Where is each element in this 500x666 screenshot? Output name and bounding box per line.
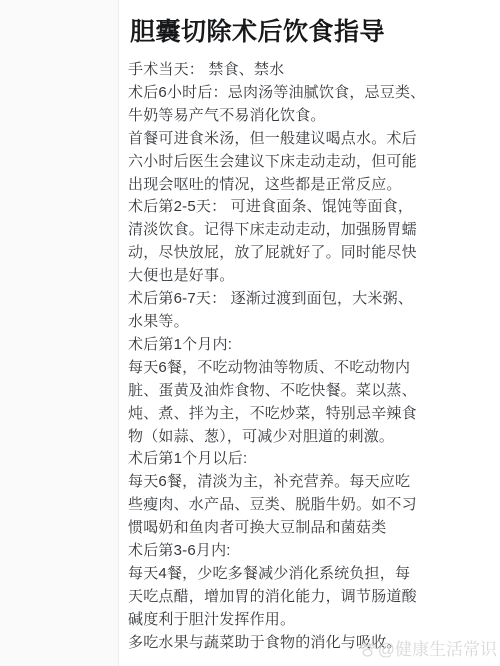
page-title: 胆囊切除术后饮食指导: [130, 14, 500, 50]
watermark-text: @健康生活常识: [378, 641, 497, 658]
text-line: 术后第3-6月内:: [128, 540, 384, 563]
text-line: 脏、蛋黄及油炸食物、不吃快餐。菜以蒸、: [128, 380, 384, 403]
text-line: 术后第1个月以后:: [128, 448, 384, 471]
text-line: 牛奶等易产气不易消化饮食。: [128, 105, 384, 128]
text-line: 些瘦肉、水产品、豆类、脱脂牛奶。如不习: [128, 494, 384, 517]
text-line: 每天6餐，清淡为主，补充营养。每天应吃: [128, 471, 384, 494]
text-line: 手术当天： 禁食、禁水: [128, 59, 384, 82]
text-line: 术后第2-5天： 可进食面条、馄饨等面食，: [128, 196, 384, 219]
text-line: 首餐可进食米汤，但一般建议喝点水。术后: [128, 128, 384, 151]
text-line: 多吃水果与蔬菜助于食物的消化与吸收。: [128, 632, 384, 655]
text-line: 术后第1个月内:: [128, 334, 384, 357]
text-line: 大便也是好事。: [128, 265, 384, 288]
text-line: 动，尽快放屁，放了屁就好了。同时能尽快: [128, 242, 384, 265]
article-body: 手术当天： 禁食、禁水术后6小时后：忌肉汤等油腻饮食，忌豆类、牛奶等易产气不易消…: [128, 59, 384, 655]
text-line: 物（如蒜、葱），可减少对胆道的刺激。: [128, 426, 384, 449]
text-line: 每天4餐，少吃多餐减少消化系统负担，每: [128, 563, 384, 586]
text-line: 碱度利于胆汁发挥作用。: [128, 609, 384, 632]
text-line: 术后6小时后：忌肉汤等油腻饮食，忌豆类、: [128, 82, 384, 105]
text-line: 惯喝奶和鱼肉者可换大豆制品和菌菇类: [128, 517, 384, 540]
text-line: 每天6餐，不吃动物油等物质、不吃动物内: [128, 357, 384, 380]
text-line: 炖、煮、拌为主，不吃炒菜，特别忌辛辣食: [128, 403, 384, 426]
paw-icon: [359, 641, 376, 658]
watermark: @健康生活常识: [359, 641, 497, 658]
text-line: 术后第6-7天： 逐渐过渡到面包，大米粥、: [128, 288, 384, 311]
article-card: 胆囊切除术后饮食指导 手术当天： 禁食、禁水术后6小时后：忌肉汤等油腻饮食，忌豆…: [118, 0, 500, 666]
text-line: 出现会呕吐的情况，这些都是正常反应。: [128, 174, 384, 197]
text-line: 清淡饮食。记得下床走动走动，加强肠胃蠕: [128, 219, 384, 242]
text-line: 天吃点醋，增加胃的消化能力，调节肠道酸: [128, 586, 384, 609]
text-line: 水果等。: [128, 311, 384, 334]
text-line: 六小时后医生会建议下床走动走动，但可能: [128, 151, 384, 174]
